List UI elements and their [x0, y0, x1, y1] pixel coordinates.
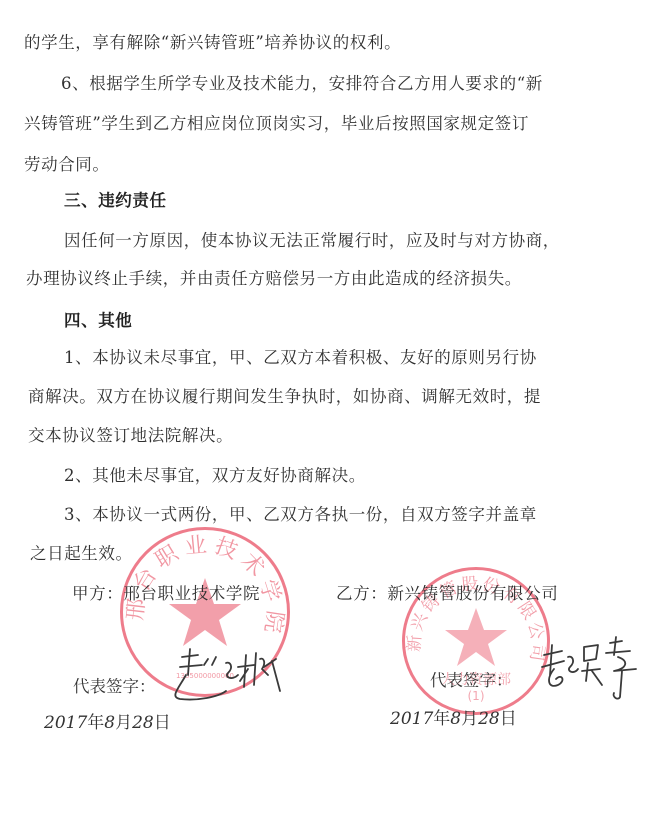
party-a-rep-label: 代表签字： [73, 673, 156, 697]
party-a-date-year-char: 年 [87, 713, 104, 733]
section-4-clause-3-line-2: 之日起生效。 [30, 544, 133, 564]
clause-6-line-3: 劳动合同。 [24, 155, 110, 175]
party-b-sign-date: 2017年8月28日 [390, 704, 517, 729]
party-a-sign-date: 2017年8月28日 [44, 708, 171, 733]
party-b-label: 乙方： [336, 584, 387, 603]
party-a-date-day-char: 日 [154, 713, 171, 733]
seal-star-icon: 邢台职业技术学院 1305000000000 [123, 530, 287, 694]
section-3-heading: 三、违约责任 [64, 191, 167, 211]
clause-6-line-2: 兴铸管班”学生到乙方相应岗位顶岗实习，毕业后按照国家规定签订 [24, 114, 529, 134]
contract-page: 的学生，享有解除“新兴铸管班”培养协议的权利。 6、根据学生所学专业及技术能力，… [0, 0, 649, 825]
svg-text:1305000000000: 1305000000000 [176, 672, 234, 680]
party-b-rep-label: 代表签字： [430, 667, 513, 691]
party-a-official-seal: 邢台职业技术学院 1305000000000 [120, 527, 290, 697]
party-b-date-month: 8 [450, 709, 461, 729]
party-b-date-day-char: 日 [500, 709, 517, 729]
party-b-date-year: 2017 [390, 709, 433, 729]
party-a-date-month-char: 月 [115, 713, 132, 733]
party-b-date-month-char: 月 [461, 709, 478, 729]
party-b-name: 新兴铸管股份有限公司 [387, 584, 558, 603]
party-a-date-year: 2017 [44, 713, 87, 733]
party-a-label: 甲方： [72, 584, 123, 603]
party-a-line: 甲方：邢台职业技术学院 [72, 584, 260, 604]
paragraph-line: 的学生，享有解除“新兴铸管班”培养协议的权利。 [24, 33, 401, 53]
party-a-date-month: 8 [104, 713, 115, 733]
section-3-line-2: 办理协议终止手续，并由责任方赔偿另一方由此造成的经济损失。 [26, 269, 522, 289]
svg-text:(1): (1) [468, 689, 485, 703]
party-b-date-day: 28 [478, 709, 500, 729]
section-4-clause-3-line-1: 3、本协议一式两份，甲、乙双方各执一份，自双方签字并盖章 [64, 505, 537, 525]
section-4-clause-2: 2、其他未尽事宜，双方友好协商解决。 [64, 466, 366, 486]
party-b-handwritten-signature [540, 635, 648, 705]
section-3-line-1: 因任何一方原因，使本协议无法正常履行时，应及时与对方协商， [64, 231, 560, 251]
section-4-clause-1-line-3: 交本协议签订地法院解决。 [28, 426, 233, 446]
party-a-date-day: 28 [132, 713, 154, 733]
party-b-line: 乙方：新兴铸管股份有限公司 [336, 584, 558, 604]
section-4-clause-1-line-1: 1、本协议未尽事宜，甲、乙双方本着积极、友好的原则另行协 [64, 348, 537, 368]
section-4-heading: 四、其他 [64, 311, 132, 331]
clause-6-line-1: 6、根据学生所学专业及技术能力，安排符合乙方用人要求的“新 [61, 74, 543, 94]
party-a-name: 邢台职业技术学院 [123, 584, 260, 603]
party-b-date-year-char: 年 [433, 709, 450, 729]
party-a-handwritten-signature [168, 645, 308, 705]
section-4-clause-1-line-2: 商解决。双方在协议履行期间发生争执时，如协商、调解无效时，提 [28, 387, 541, 407]
